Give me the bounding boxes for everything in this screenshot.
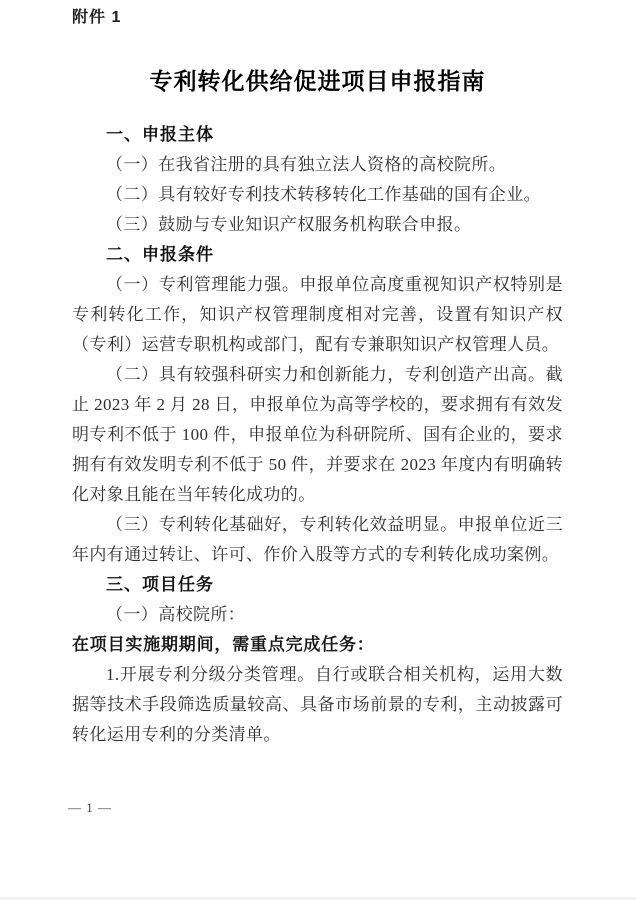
paragraph-subject-2: （二）具有较好专利技术转移转化工作基础的国有企业。 bbox=[72, 180, 563, 210]
section-heading-3: 三、项目任务 bbox=[72, 570, 563, 600]
paragraph-task-intro: （一）高校院所： bbox=[72, 600, 563, 630]
paragraph-subject-3: （三）鼓励与专业知识产权服务机构联合申报。 bbox=[72, 210, 563, 240]
page-content-area: 附件 1 专利转化供给促进项目申报指南 一、申报主体 （一）在我省注册的具有独立… bbox=[0, 0, 636, 750]
attachment-label: 附件 1 bbox=[72, 6, 563, 30]
document-body: 一、申报主体 （一）在我省注册的具有独立法人资格的高校院所。 （二）具有较好专利… bbox=[72, 120, 563, 750]
paragraph-task-1: 1.开展专利分级分类管理。自行或联合相关机构，运用大数据等技术手段筛选质量较高、… bbox=[72, 660, 563, 750]
paragraph-condition-2: （二）具有较强科研实力和创新能力，专利创造产出高。截止 2023 年 2 月 2… bbox=[72, 360, 563, 510]
document-page: 附件 1 专利转化供给促进项目申报指南 一、申报主体 （一）在我省注册的具有独立… bbox=[0, 0, 636, 900]
page-number: — 1 — bbox=[68, 800, 112, 816]
task-emphasis-line: 在项目实施期期间，需重点完成任务： bbox=[72, 630, 563, 660]
document-title: 专利转化供给促进项目申报指南 bbox=[72, 66, 563, 96]
paragraph-condition-1: （一）专利管理能力强。申报单位高度重视知识产权特别是专利转化工作，知识产权管理制… bbox=[72, 270, 563, 360]
paragraph-subject-1: （一）在我省注册的具有独立法人资格的高校院所。 bbox=[72, 150, 563, 180]
paragraph-condition-3: （三）专利转化基础好，专利转化效益明显。申报单位近三年内有通过转让、许可、作价入… bbox=[72, 510, 563, 570]
section-heading-2: 二、申报条件 bbox=[72, 240, 563, 270]
section-heading-1: 一、申报主体 bbox=[72, 120, 563, 150]
